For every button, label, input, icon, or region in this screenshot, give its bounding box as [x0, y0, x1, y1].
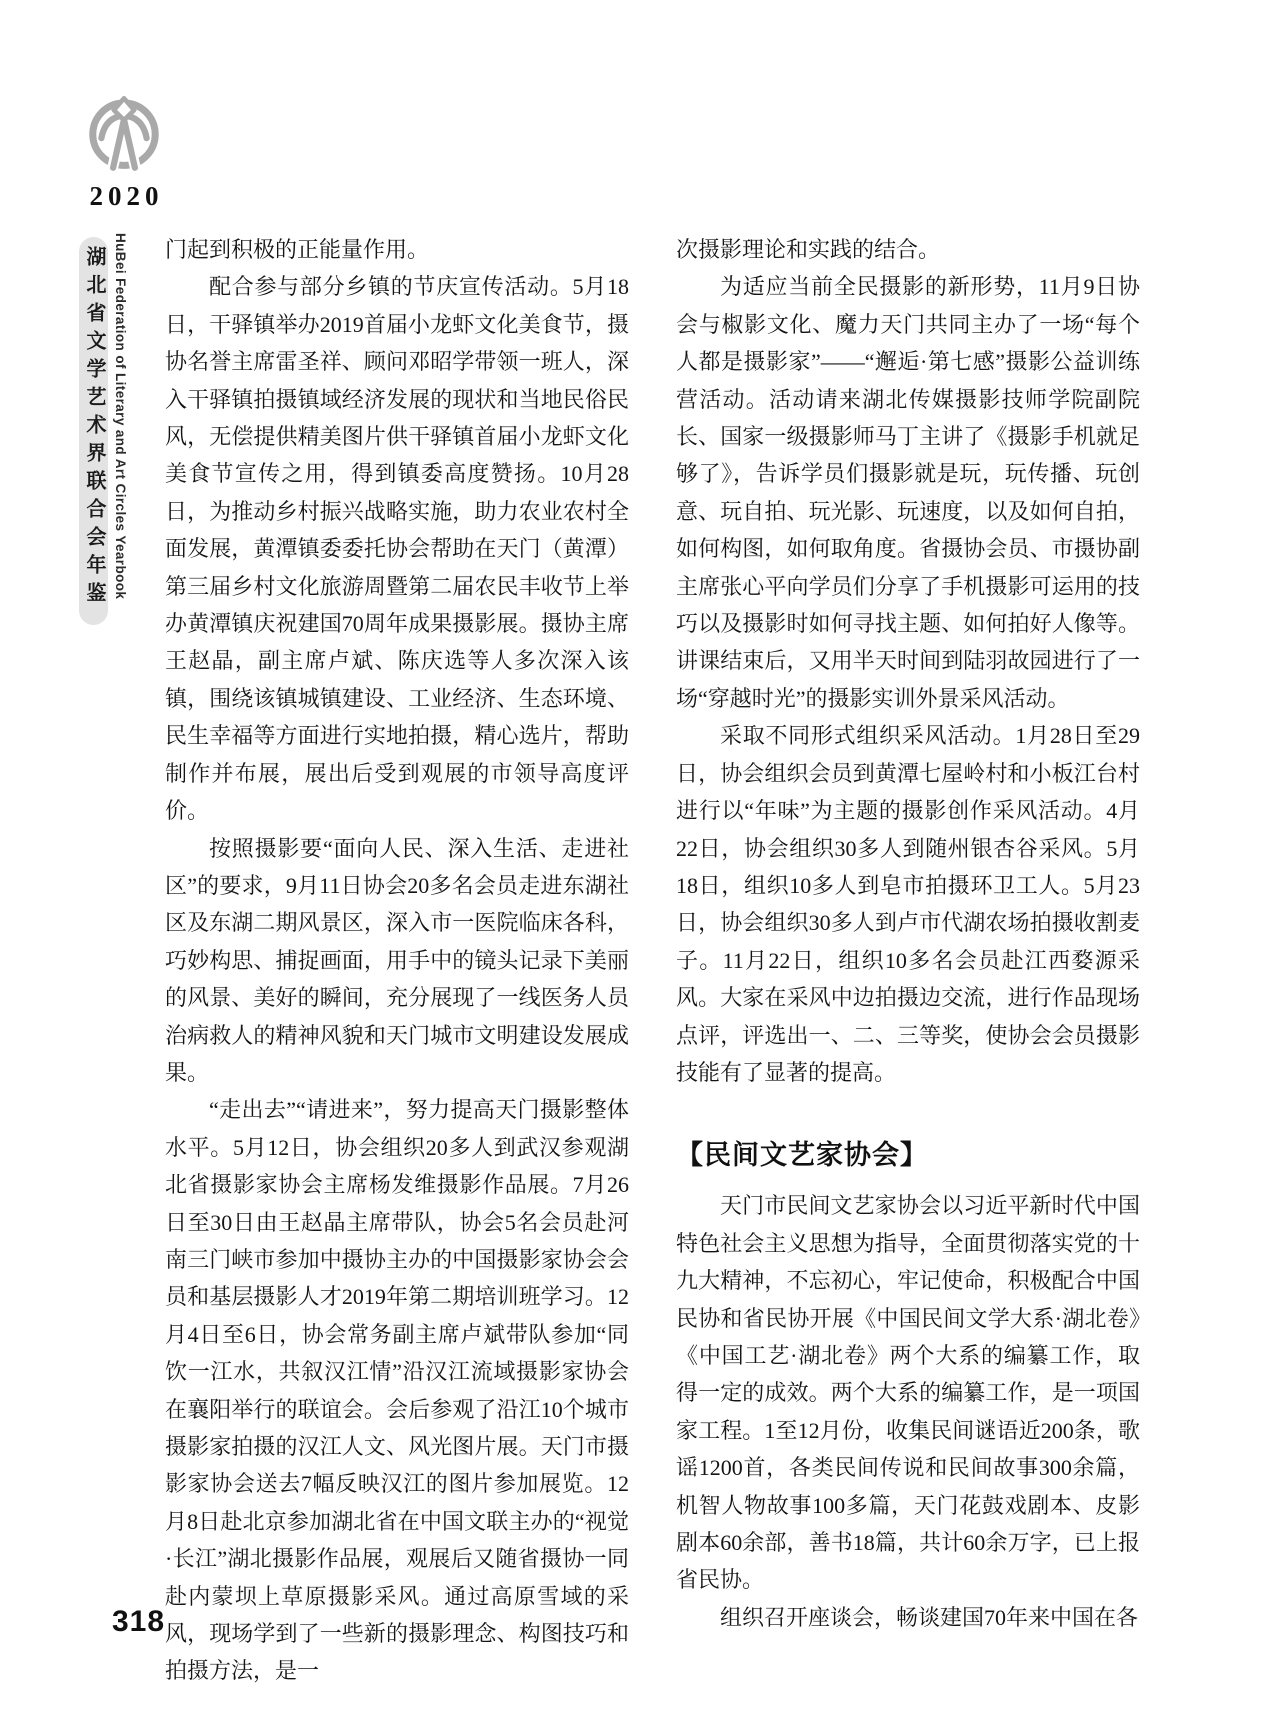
- yearbook-page: 2020 湖北省文学艺术界联合会年鉴 HuBei Federation of L…: [0, 0, 1276, 1719]
- paragraph: 按照摄影要“面向人民、深入生活、走进社区”的要求，9月11日协会20多名会员走进…: [165, 830, 629, 1092]
- sidebar-title-en: HuBei Federation of Literary and Art Cir…: [113, 233, 128, 653]
- sidebar-title-cn: 湖北省文学艺术界联合会年鉴: [79, 237, 108, 610]
- paragraph: 门起到积极的正能量作用。: [165, 231, 629, 268]
- logo-block: 2020: [84, 96, 164, 212]
- paragraph: 天门市民间文艺家协会以习近平新时代中国特色社会主义思想为指导，全面贯彻落实党的十…: [676, 1187, 1140, 1598]
- federation-logo-icon: [85, 161, 163, 178]
- paragraph: 次摄影理论和实践的结合。: [676, 231, 1140, 268]
- right-column: 次摄影理论和实践的结合。 为适应当前全民摄影的新形势，11月9日协会与椒影文化、…: [676, 231, 1140, 1636]
- sidebar-title-strip: 湖北省文学艺术界联合会年鉴: [79, 237, 108, 625]
- paragraph: “走出去”“请进来”，努力提高天门摄影整体水平。5月12日，协会组织20多人到武…: [165, 1091, 629, 1690]
- paragraph: 采取不同形式组织采风活动。1月28日至29日，协会组织会员到黄潭七屋岭村和小板江…: [676, 717, 1140, 1091]
- year-label: 2020: [84, 181, 164, 212]
- paragraph: 配合参与部分乡镇的节庆宣传活动。5月18日，干驿镇举办2019首届小龙虾文化美食…: [165, 268, 629, 829]
- paragraph: 为适应当前全民摄影的新形势，11月9日协会与椒影文化、魔力天门共同主办了一场“每…: [676, 268, 1140, 717]
- paragraph: 组织召开座谈会，畅谈建国70年来中国在各: [676, 1599, 1140, 1636]
- left-column: 门起到积极的正能量作用。 配合参与部分乡镇的节庆宣传活动。5月18日，干驿镇举办…: [165, 231, 629, 1690]
- page-number: 318: [112, 1605, 165, 1639]
- section-heading: 【民间文艺家协会】: [676, 1137, 1140, 1173]
